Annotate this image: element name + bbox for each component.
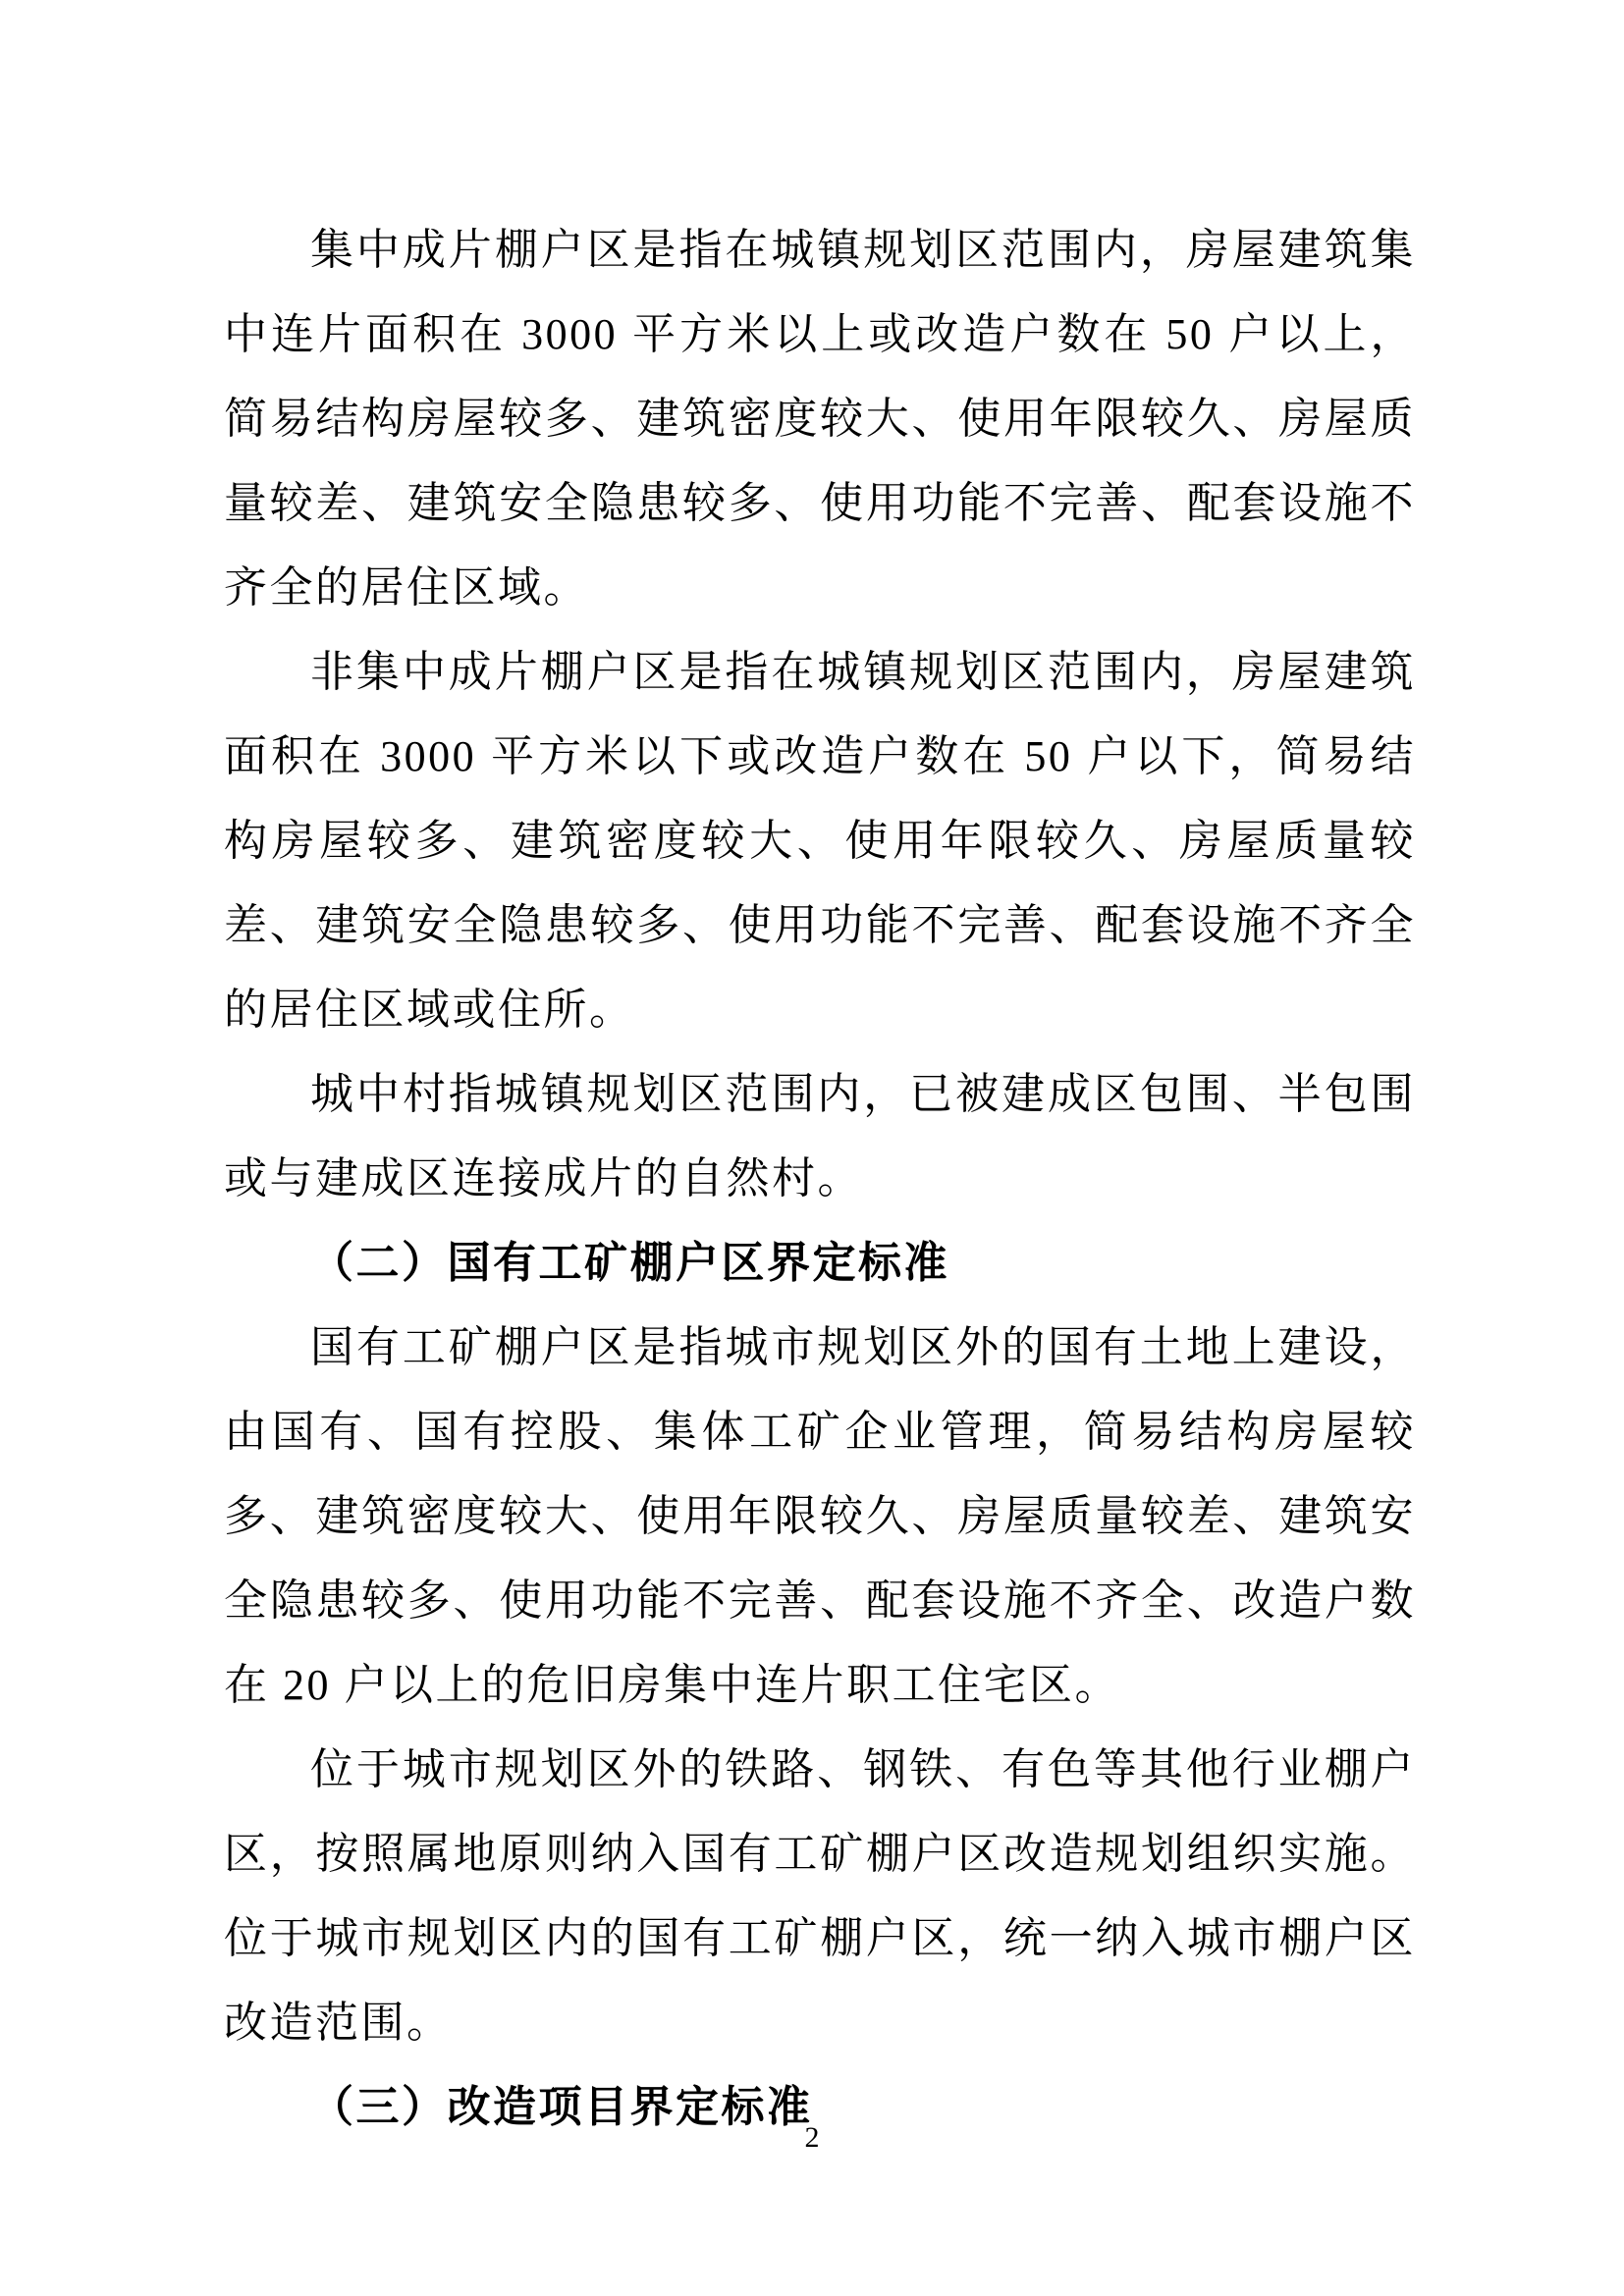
paragraph-state-owned-mining-definition: 国有工矿棚户区是指城市规划区外的国有土地上建设，由国有、国有控股、集体工矿企业管… bbox=[224, 1306, 1416, 1728]
page-number: 2 bbox=[0, 2118, 1624, 2158]
paragraph-urban-village: 城中村指城镇规划区范围内，已被建成区包围、半包围或与建成区连接成片的自然村。 bbox=[224, 1052, 1416, 1221]
paragraph-nonconcentrated-shantytown: 非集中成片棚户区是指在城镇规划区范围内，房屋建筑面积在 3000 平方米以下或改… bbox=[224, 630, 1416, 1052]
document-page: 集中成片棚户区是指在城镇规划区范围内，房屋建筑集中连片面积在 3000 平方米以… bbox=[0, 0, 1624, 2296]
document-body: 集中成片棚户区是指在城镇规划区范围内，房屋建筑集中连片面积在 3000 平方米以… bbox=[224, 208, 1416, 2150]
section-heading-state-owned-mining-standard: （二）国有工矿棚户区界定标准 bbox=[224, 1221, 1416, 1306]
paragraph-concentrated-shantytown: 集中成片棚户区是指在城镇规划区范围内，房屋建筑集中连片面积在 3000 平方米以… bbox=[224, 208, 1416, 630]
paragraph-railway-steel-other-industries: 位于城市规划区外的铁路、钢铁、有色等其他行业棚户区，按照属地原则纳入国有工矿棚户… bbox=[224, 1728, 1416, 2065]
